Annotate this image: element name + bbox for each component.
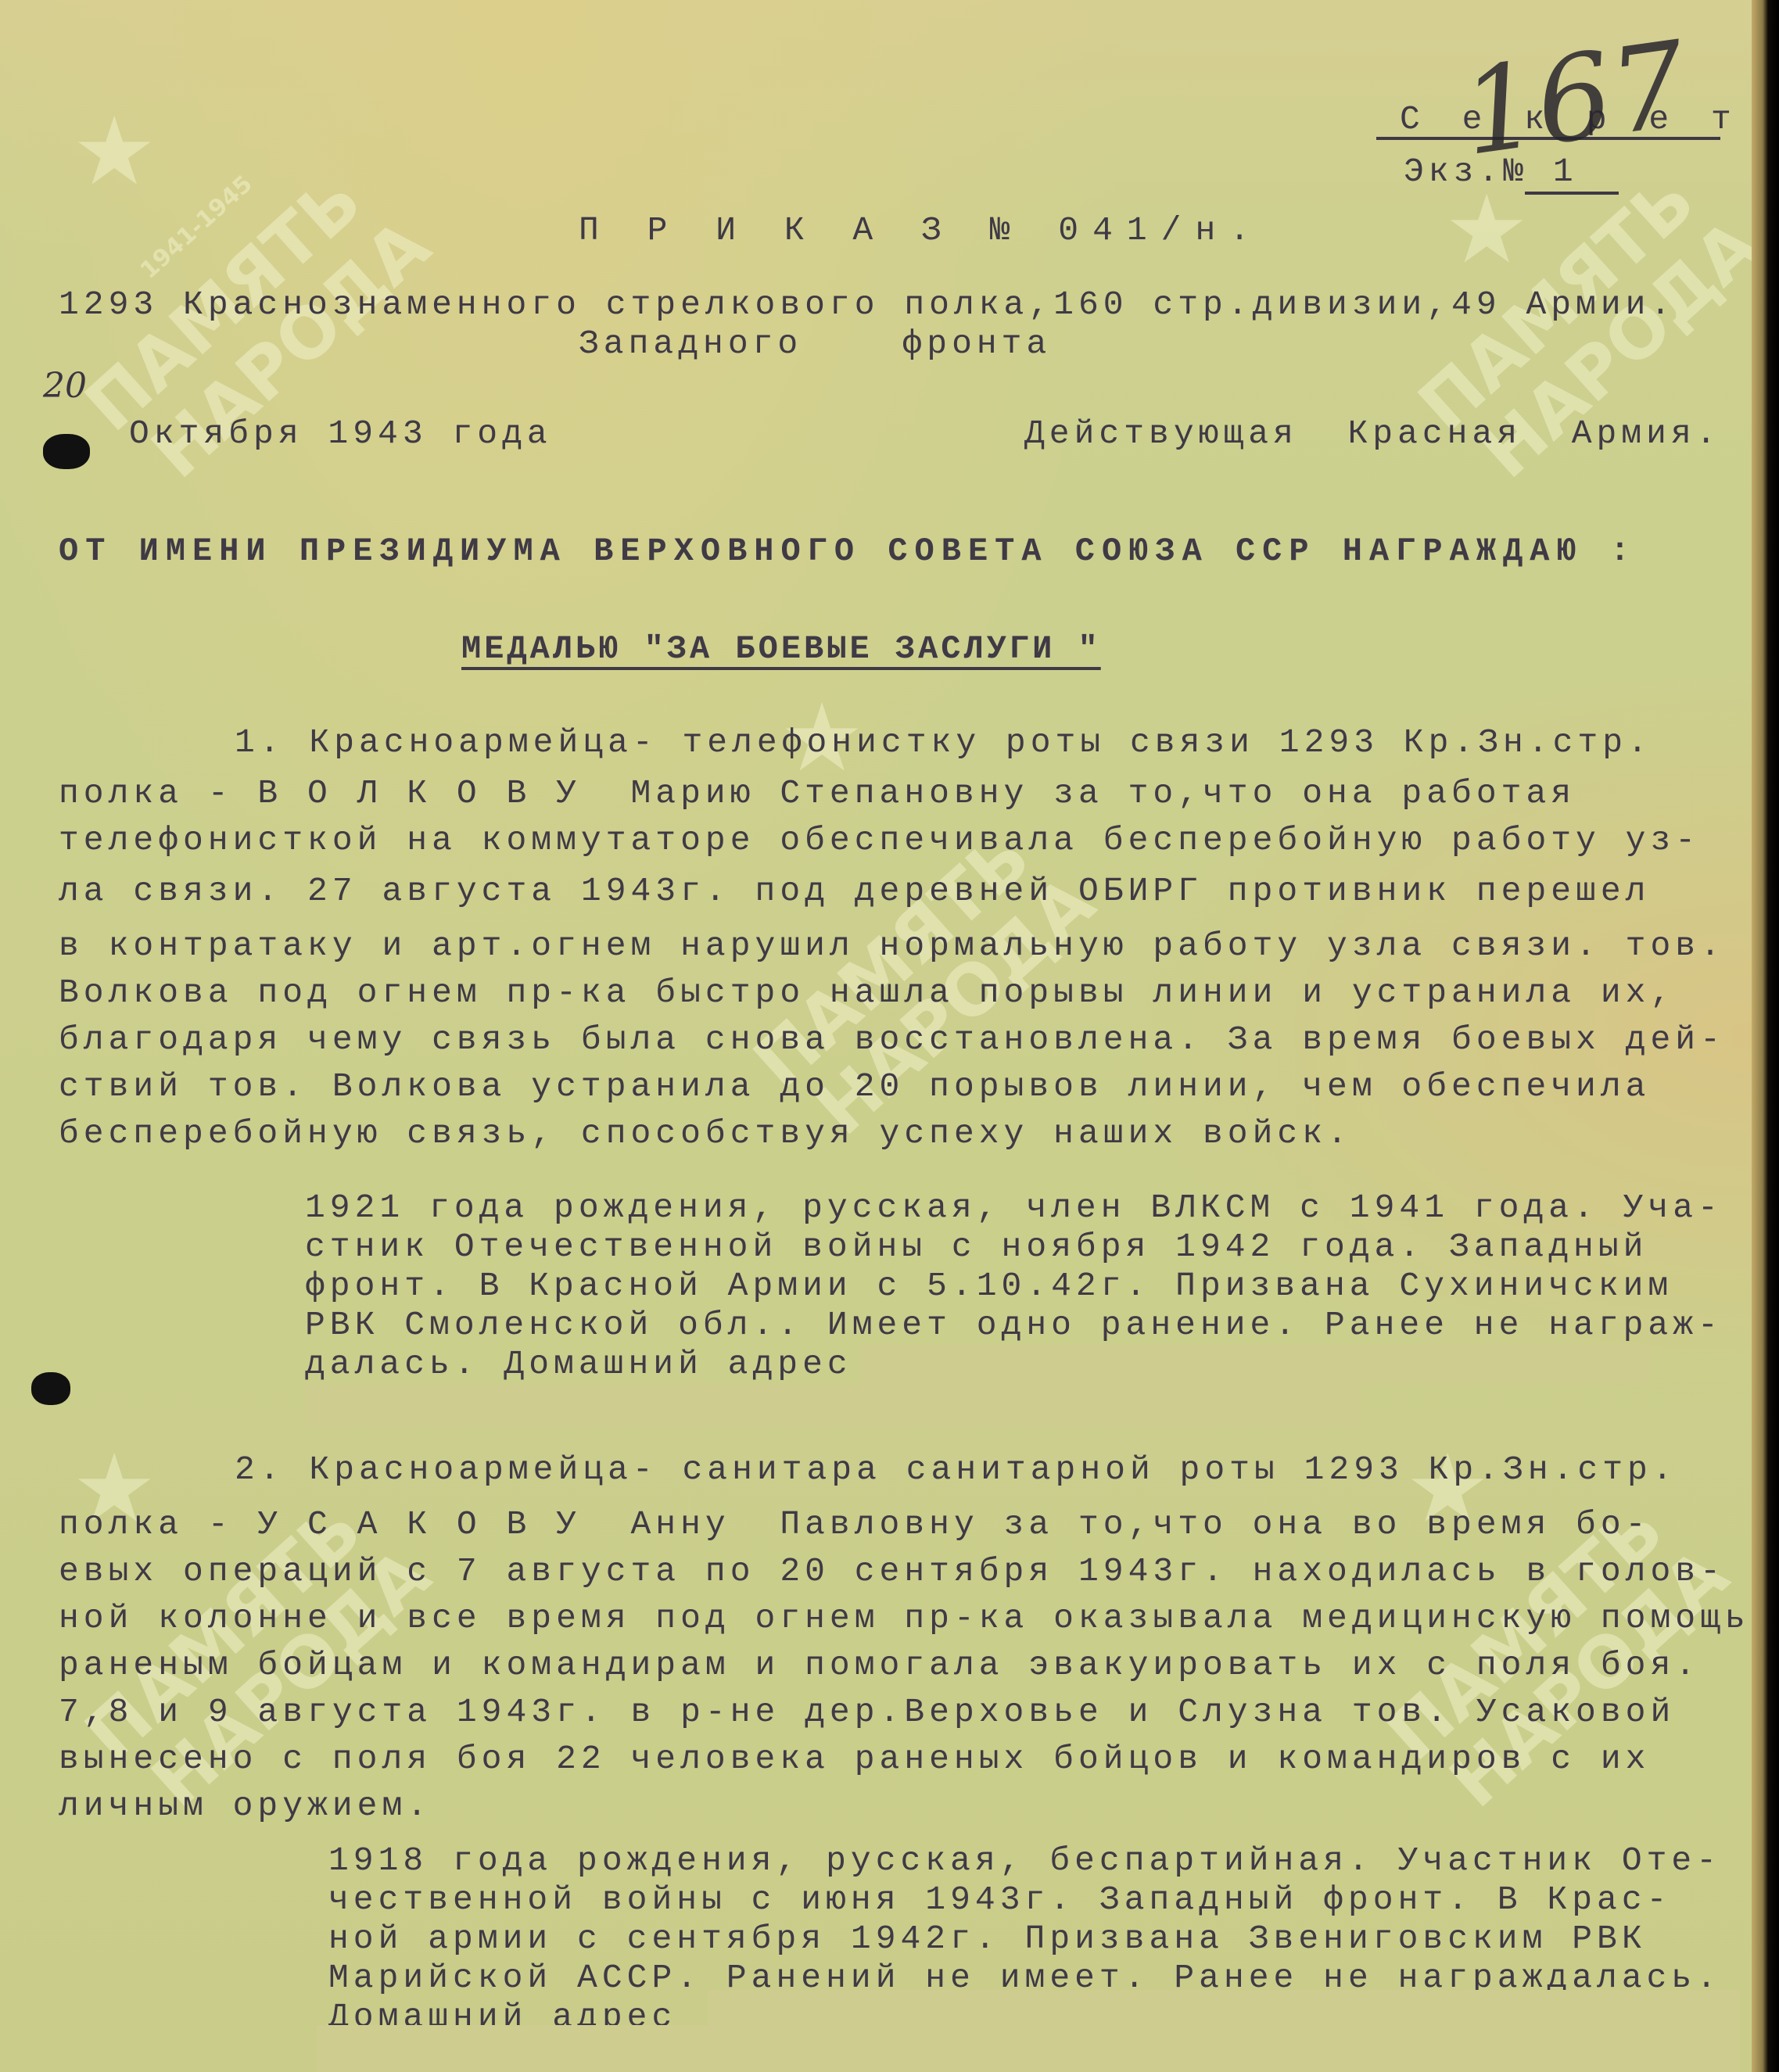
entry-2-line: полка - У С А К О В У Анну Павловну за т… — [59, 1505, 1650, 1544]
unit-line-1: 1293 Краснознаменного стрелкового полка,… — [59, 285, 1675, 324]
redacted-address — [305, 1384, 1361, 1427]
entry-1-line: телефонисткой на коммутаторе обеспечивал… — [59, 821, 1700, 860]
scan-edge — [1752, 0, 1779, 2072]
entry-2-line: раненым бойцам и командирам и помогала э… — [59, 1646, 1700, 1685]
entry-1-bio-line: стник Отечественной войны с ноября 1942 … — [305, 1228, 1648, 1267]
entry-2-line: 7,8 и 9 августа 1943г. в р-не дер.Верхов… — [59, 1693, 1675, 1732]
entry-2-line: личным оружием. — [59, 1787, 432, 1826]
redacted-address — [317, 2025, 1740, 2072]
entry-1-bio-line: РВК Смоленской обл.. Имеет одно ранение.… — [305, 1306, 1723, 1345]
copy-underline — [1525, 192, 1619, 195]
entry-2-bio-line: чественной войны с июня 1943г. Западный … — [328, 1880, 1671, 1920]
handwritten-day: 20 — [43, 366, 87, 406]
entry-1-bio-line: далась. Домашний адрес — [305, 1345, 852, 1384]
award-heading: МЕДАЛЬЮ "ЗА БОЕВЫЕ ЗАСЛУГИ " — [461, 629, 1101, 669]
handwritten-number: 167 — [1454, 16, 1695, 182]
entry-1-bio-line: фронт. В Красной Армии с 5.10.42г. Призв… — [305, 1267, 1673, 1306]
entry-1-line: Волкова под огнем пр-ка быстро нашла пор… — [59, 973, 1675, 1013]
entry-2-bio-line: 1918 года рождения, русская, беспартийна… — [328, 1841, 1721, 1880]
redacted-address — [708, 1990, 1740, 2025]
entry-1-line: полка - В О Л К О В У Марию Степановну з… — [59, 774, 1576, 813]
entry-1-bio-line: 1921 года рождения, русская, член ВЛКСМ … — [305, 1188, 1723, 1228]
entry-1-line: бесперебойную связь, способствуя успеху … — [59, 1114, 1352, 1153]
entry-1-line: 1. Красноармейца- телефонистку роты связ… — [235, 723, 1652, 762]
entry-2-line: ной колонне и все время под огнем пр-ка … — [59, 1599, 1750, 1638]
entry-2-bio-line: ной армии с сентября 1942г. Призвана Зве… — [328, 1920, 1647, 1959]
entry-2-line: 2. Красноармейца- санитара санитарной ро… — [235, 1450, 1677, 1489]
document-page: ★ ПАМЯТЬ НАРОДА 1941-1945 ★ ПАМЯТЬ НАРОД… — [0, 0, 1752, 2072]
entry-1-line: в контратаку и арт.огнем нарушил нормаль… — [59, 927, 1725, 966]
entry-2-line: евых операций с 7 августа по 20 сентября… — [59, 1552, 1725, 1591]
order-date: Октября 1943 года — [129, 414, 552, 453]
order-title: П Р И К А З № 041/н. — [579, 211, 1264, 250]
unit-line-2: Западного фронта — [579, 324, 1051, 364]
location: Действующая Красная Армия. — [1024, 414, 1721, 453]
paper-hole — [43, 434, 90, 469]
paper-hole — [31, 1372, 70, 1405]
entry-2-line: вынесено с поля боя 22 человека раненых … — [59, 1740, 1650, 1779]
redacted-address — [860, 1345, 1650, 1384]
entry-1-line: ла связи. 27 августа 1943г. под деревней… — [59, 872, 1650, 911]
watermark-star-icon: ★ — [74, 63, 154, 226]
entry-1-line: благодаря чему связь была снова восстано… — [59, 1020, 1725, 1059]
preamble: ОТ ИМЕНИ ПРЕЗИДИУМА ВЕРХОВНОГО СОВЕТА СО… — [59, 532, 1637, 571]
entry-1-line: ствий тов. Волкова устранила до 20 порыв… — [59, 1067, 1650, 1106]
